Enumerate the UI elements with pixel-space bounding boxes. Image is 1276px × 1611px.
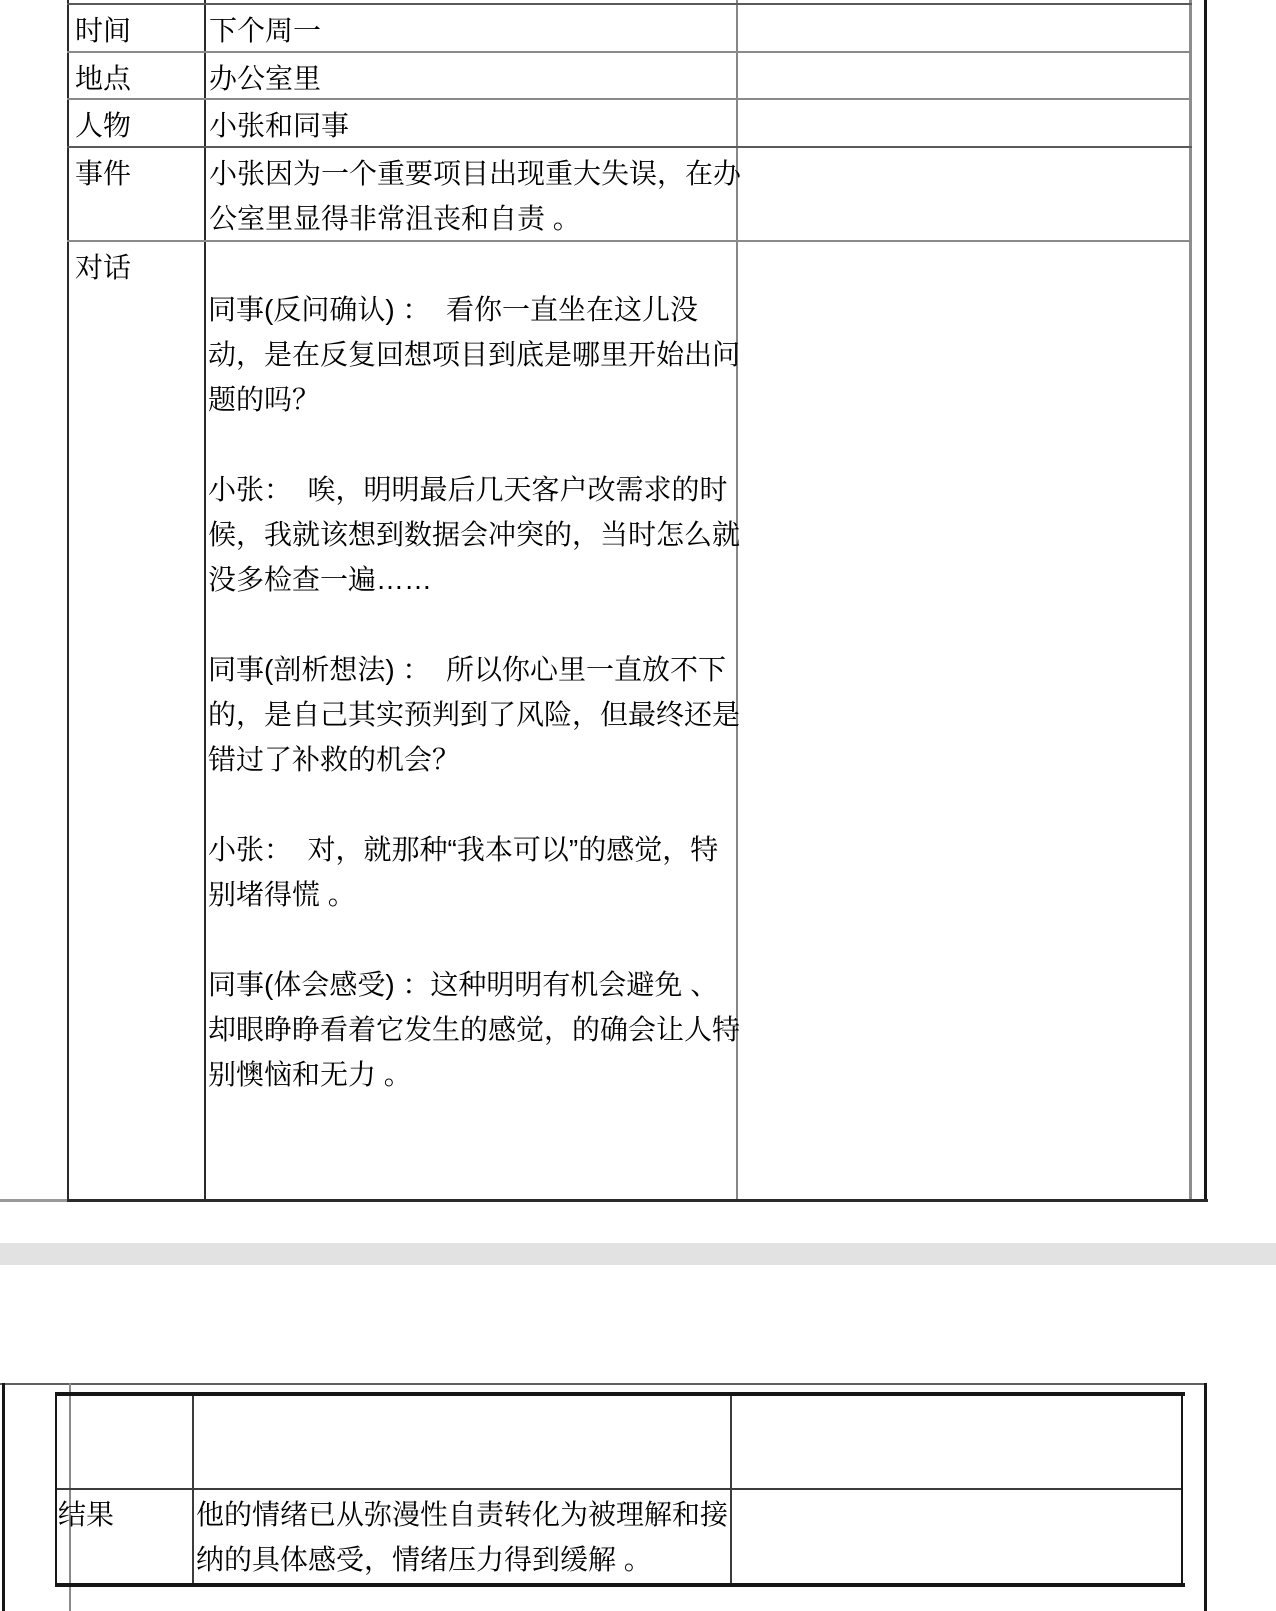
- row-result-label: 结果: [58, 1492, 188, 1537]
- outer-table-top-line-page2: [0, 1383, 1207, 1385]
- row-time-label: 时间: [75, 8, 205, 53]
- table2-bottom-border: [55, 1583, 1185, 1587]
- page-gap-separator: [0, 1243, 1276, 1265]
- table1-right-border: [1189, 0, 1192, 1201]
- dialogue-paragraph-2: 小张： 唉，明明最后几天客户改需求的时 候，我就该想到数据会冲突的，当时怎么就 …: [208, 467, 768, 602]
- table1-row-divider: [67, 3, 1192, 5]
- table2-row-divider: [57, 1488, 1181, 1490]
- row-dialogue-label: 对话: [75, 245, 205, 290]
- table1-left-border: [67, 0, 69, 1201]
- row-place-value: 办公室里: [209, 56, 729, 101]
- table1-bottom-border-left-ext: [0, 1199, 67, 1202]
- table2-right-border: [1181, 1392, 1183, 1587]
- dialogue-paragraph-5: 同事(体会感受) ：这种明明有机会避免 、 却眼睁睁看着它发生的感觉，的确会让人…: [208, 962, 768, 1097]
- row-result-value: 他的情绪已从弥漫性自责转化为被理解和接 纳的具体感受，情绪压力得到缓解 。: [196, 1492, 741, 1582]
- row-event-value: 小张因为一个重要项目出现重大失误，在办 公室里显得非常沮丧和自责 。: [209, 151, 754, 241]
- outer-table-left-border-page2: [2, 1383, 5, 1611]
- dialogue-paragraph-3: 同事(剖析想法) ： 所以你心里一直放不下 的，是自己其实预判到了风险，但最终还…: [208, 647, 768, 782]
- dialogue-paragraph-4: 小张： 对，就那种“我本可以”的感觉，特 别堵得慌 。: [208, 827, 768, 917]
- outer-table-right-border-page2: [1204, 1383, 1207, 1611]
- row-time-value: 下个周一: [209, 8, 729, 53]
- table2-top-border: [55, 1392, 1185, 1396]
- row-event-label: 事件: [75, 151, 205, 196]
- table1-bottom-border: [67, 1199, 1208, 1202]
- document-page-view: 时间 下个周一 地点 办公室里 人物 小张和同事 事件 小张因为一个重要项目出现…: [0, 0, 1276, 1611]
- outer-table-right-border-page1: [1204, 0, 1207, 1202]
- dialogue-paragraph-1: 同事(反问确认) ： 看你一直坐在这儿没 动，是在反复回想项目到底是哪里开始出问…: [208, 287, 768, 422]
- row-people-value: 小张和同事: [209, 103, 729, 148]
- row-people-label: 人物: [75, 103, 205, 148]
- row-place-label: 地点: [75, 56, 205, 101]
